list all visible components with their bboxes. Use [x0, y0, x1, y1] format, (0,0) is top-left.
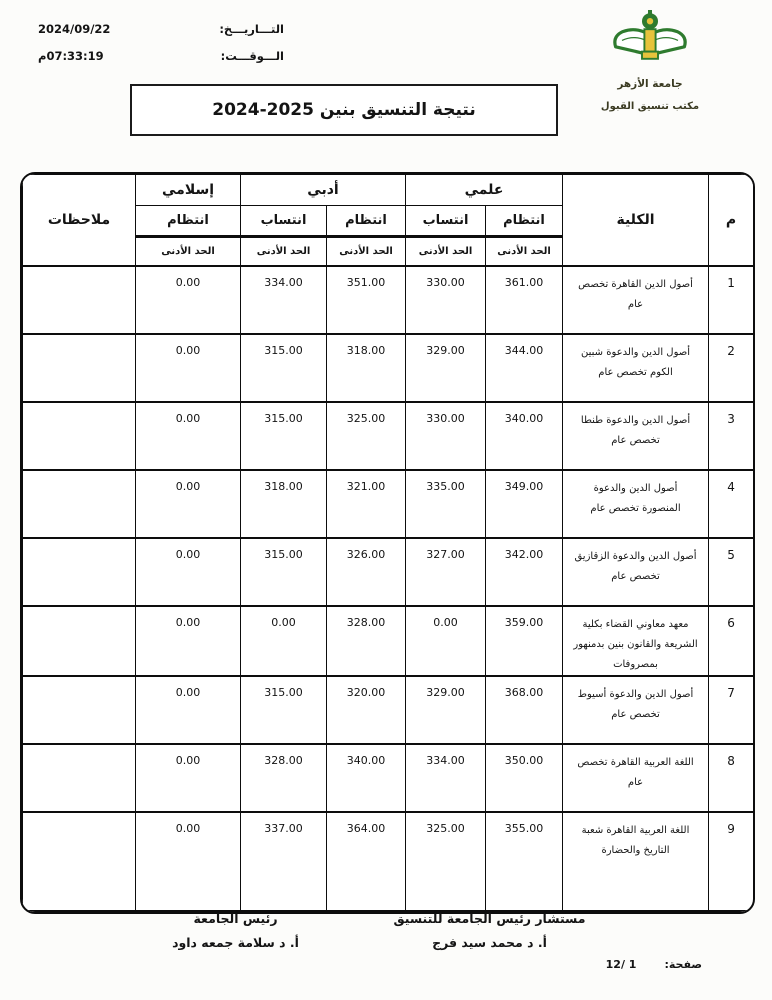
- table-row: 1أصول الدين القاهرة تخصص عام361.00330.00…: [23, 266, 754, 334]
- min-label-sci-regular: الحد الأدنى: [486, 237, 563, 266]
- col-group-literary: أدبي: [241, 175, 406, 206]
- cell-lit_reg: 320.00: [327, 676, 406, 744]
- cell-num: 6: [709, 606, 754, 676]
- table-row: 5أصول الدين والدعوة الزقازيق تخصص عام342…: [23, 538, 754, 606]
- col-group-islamic: إسلامي: [136, 175, 241, 206]
- datetime-block: التـــاريـــخ: 2024/09/22 الـــوقـــت: 0…: [38, 22, 284, 76]
- min-label-sci-affiliation: الحد الأدنى: [406, 237, 486, 266]
- page-value: 1 /12: [606, 958, 637, 971]
- cell-notes: [23, 606, 136, 676]
- cell-sci_aff: 327.00: [406, 538, 486, 606]
- time-label: الـــوقـــت:: [221, 49, 284, 63]
- cell-sci_reg: 342.00: [486, 538, 563, 606]
- results-table-header: م الكلية علمي أدبي إسلامي ملاحظات انتظام…: [23, 175, 754, 266]
- col-group-scientific: علمي: [406, 175, 563, 206]
- cell-college: معهد معاوني القضاء بكلية الشريعة والقانو…: [563, 606, 709, 676]
- advisor-signature-block: مستشار رئيس الجامعة للتنسيق أ. د محمد سي…: [372, 911, 607, 950]
- cell-sci_reg: 340.00: [486, 402, 563, 470]
- cell-lit_reg: 364.00: [327, 812, 406, 911]
- president-title: رئيس الجامعة: [138, 911, 333, 926]
- cell-isl_reg: 0.00: [136, 812, 241, 911]
- cell-notes: [23, 470, 136, 538]
- cell-sci_reg: 368.00: [486, 676, 563, 744]
- table-row: 2أصول الدين والدعوة شبين الكوم تخصص عام3…: [23, 334, 754, 402]
- cell-lit_aff: 315.00: [241, 334, 327, 402]
- sub-header-isl-regular: انتظام: [136, 206, 241, 237]
- cell-num: 9: [709, 812, 754, 911]
- cell-num: 7: [709, 676, 754, 744]
- university-logo-block: جامعة الأزهر مكتب تنسيق القبول: [598, 10, 702, 112]
- col-header-notes: ملاحظات: [23, 175, 136, 266]
- cell-notes: [23, 334, 136, 402]
- document-page: التـــاريـــخ: 2024/09/22 الـــوقـــت: 0…: [0, 0, 772, 1000]
- min-label-lit-affiliation: الحد الأدنى: [241, 237, 327, 266]
- cell-isl_reg: 0.00: [136, 744, 241, 812]
- cell-college: أصول الدين والدعوة الزقازيق تخصص عام: [563, 538, 709, 606]
- cell-sci_aff: 335.00: [406, 470, 486, 538]
- cell-sci_aff: 330.00: [406, 266, 486, 334]
- cell-isl_reg: 0.00: [136, 402, 241, 470]
- cell-lit_aff: 337.00: [241, 812, 327, 911]
- president-signature-block: رئيس الجامعة أ. د سلامة جمعه داود: [138, 911, 333, 950]
- cell-isl_reg: 0.00: [136, 334, 241, 402]
- table-row: 9اللغة العربية القاهرة شعبة التاريخ والح…: [23, 812, 754, 911]
- cell-lit_reg: 325.00: [327, 402, 406, 470]
- date-line: التـــاريـــخ: 2024/09/22: [38, 22, 284, 36]
- page-label: صفحة:: [664, 958, 702, 971]
- cell-isl_reg: 0.00: [136, 676, 241, 744]
- cell-lit_aff: 315.00: [241, 676, 327, 744]
- min-label-lit-regular: الحد الأدنى: [327, 237, 406, 266]
- president-name: أ. د سلامة جمعه داود: [138, 935, 333, 950]
- cell-lit_aff: 0.00: [241, 606, 327, 676]
- cell-college: أصول الدين والدعوة طنطا تخصص عام: [563, 402, 709, 470]
- time-line: الـــوقـــت: 07:33:19م: [38, 49, 284, 63]
- header-group-row: م الكلية علمي أدبي إسلامي ملاحظات: [23, 175, 754, 206]
- advisor-title: مستشار رئيس الجامعة للتنسيق: [372, 911, 607, 926]
- cell-lit_aff: 334.00: [241, 266, 327, 334]
- page-number-block: صفحة: 1 /12: [606, 958, 702, 971]
- cell-num: 4: [709, 470, 754, 538]
- cell-sci_reg: 349.00: [486, 470, 563, 538]
- cell-sci_aff: 334.00: [406, 744, 486, 812]
- cell-lit_aff: 318.00: [241, 470, 327, 538]
- cell-sci_aff: 329.00: [406, 676, 486, 744]
- cell-college: اللغة العربية القاهرة شعبة التاريخ والحض…: [563, 812, 709, 911]
- cell-sci_aff: 329.00: [406, 334, 486, 402]
- office-name: مكتب تنسيق القبول: [598, 101, 702, 112]
- sub-header-lit-regular: انتظام: [327, 206, 406, 237]
- cell-sci_reg: 361.00: [486, 266, 563, 334]
- cell-notes: [23, 812, 136, 911]
- cell-lit_reg: 318.00: [327, 334, 406, 402]
- table-row: 8اللغة العربية القاهرة تخصص عام350.00334…: [23, 744, 754, 812]
- cell-isl_reg: 0.00: [136, 266, 241, 334]
- sub-header-sci-regular: انتظام: [486, 206, 563, 237]
- cell-lit_aff: 328.00: [241, 744, 327, 812]
- col-header-number: م: [709, 175, 754, 266]
- report-title: نتيجة التنسيق بنين 2025-2024: [212, 100, 476, 120]
- cell-sci_reg: 344.00: [486, 334, 563, 402]
- table-row: 3أصول الدين والدعوة طنطا تخصص عام340.003…: [23, 402, 754, 470]
- cell-notes: [23, 402, 136, 470]
- sub-header-lit-affiliation: انتساب: [241, 206, 327, 237]
- al-azhar-emblem-icon: [598, 10, 702, 74]
- cell-lit_reg: 328.00: [327, 606, 406, 676]
- cell-lit_reg: 321.00: [327, 470, 406, 538]
- cell-college: أصول الدين القاهرة تخصص عام: [563, 266, 709, 334]
- cell-sci_aff: 325.00: [406, 812, 486, 911]
- cell-notes: [23, 676, 136, 744]
- cell-num: 3: [709, 402, 754, 470]
- results-table: م الكلية علمي أدبي إسلامي ملاحظات انتظام…: [22, 174, 754, 912]
- table-row: 6معهد معاوني القضاء بكلية الشريعة والقان…: [23, 606, 754, 676]
- min-label-isl-regular: الحد الأدنى: [136, 237, 241, 266]
- report-title-box: نتيجة التنسيق بنين 2025-2024: [130, 84, 558, 136]
- cell-lit_aff: 315.00: [241, 402, 327, 470]
- cell-college: اللغة العربية القاهرة تخصص عام: [563, 744, 709, 812]
- cell-num: 5: [709, 538, 754, 606]
- cell-isl_reg: 0.00: [136, 538, 241, 606]
- results-table-frame: م الكلية علمي أدبي إسلامي ملاحظات انتظام…: [20, 172, 755, 914]
- date-value: 2024/09/22: [38, 22, 110, 36]
- cell-num: 2: [709, 334, 754, 402]
- cell-lit_reg: 351.00: [327, 266, 406, 334]
- table-row: 4أصول الدين والدعوة المنصورة تخصص عام349…: [23, 470, 754, 538]
- time-value: 07:33:19م: [38, 49, 104, 63]
- cell-notes: [23, 266, 136, 334]
- cell-notes: [23, 538, 136, 606]
- cell-notes: [23, 744, 136, 812]
- date-label: التـــاريـــخ:: [219, 22, 284, 36]
- col-header-college: الكلية: [563, 175, 709, 266]
- cell-sci_aff: 330.00: [406, 402, 486, 470]
- cell-num: 1: [709, 266, 754, 334]
- sub-header-sci-affiliation: انتساب: [406, 206, 486, 237]
- cell-sci_reg: 355.00: [486, 812, 563, 911]
- cell-lit_reg: 326.00: [327, 538, 406, 606]
- cell-sci_reg: 359.00: [486, 606, 563, 676]
- cell-college: أصول الدين والدعوة المنصورة تخصص عام: [563, 470, 709, 538]
- results-tbody: 1أصول الدين القاهرة تخصص عام361.00330.00…: [23, 266, 754, 911]
- cell-lit_aff: 315.00: [241, 538, 327, 606]
- al-azhar-emblem-svg: [610, 10, 690, 74]
- cell-college: أصول الدين والدعوة شبين الكوم تخصص عام: [563, 334, 709, 402]
- cell-sci_reg: 350.00: [486, 744, 563, 812]
- table-row: 7أصول الدين والدعوة أسيوط تخصص عام368.00…: [23, 676, 754, 744]
- cell-sci_aff: 0.00: [406, 606, 486, 676]
- cell-lit_reg: 340.00: [327, 744, 406, 812]
- cell-isl_reg: 0.00: [136, 606, 241, 676]
- cell-num: 8: [709, 744, 754, 812]
- cell-isl_reg: 0.00: [136, 470, 241, 538]
- cell-college: أصول الدين والدعوة أسيوط تخصص عام: [563, 676, 709, 744]
- university-name: جامعة الأزهر: [598, 78, 702, 90]
- advisor-name: أ. د محمد سيد فرج: [372, 935, 607, 950]
